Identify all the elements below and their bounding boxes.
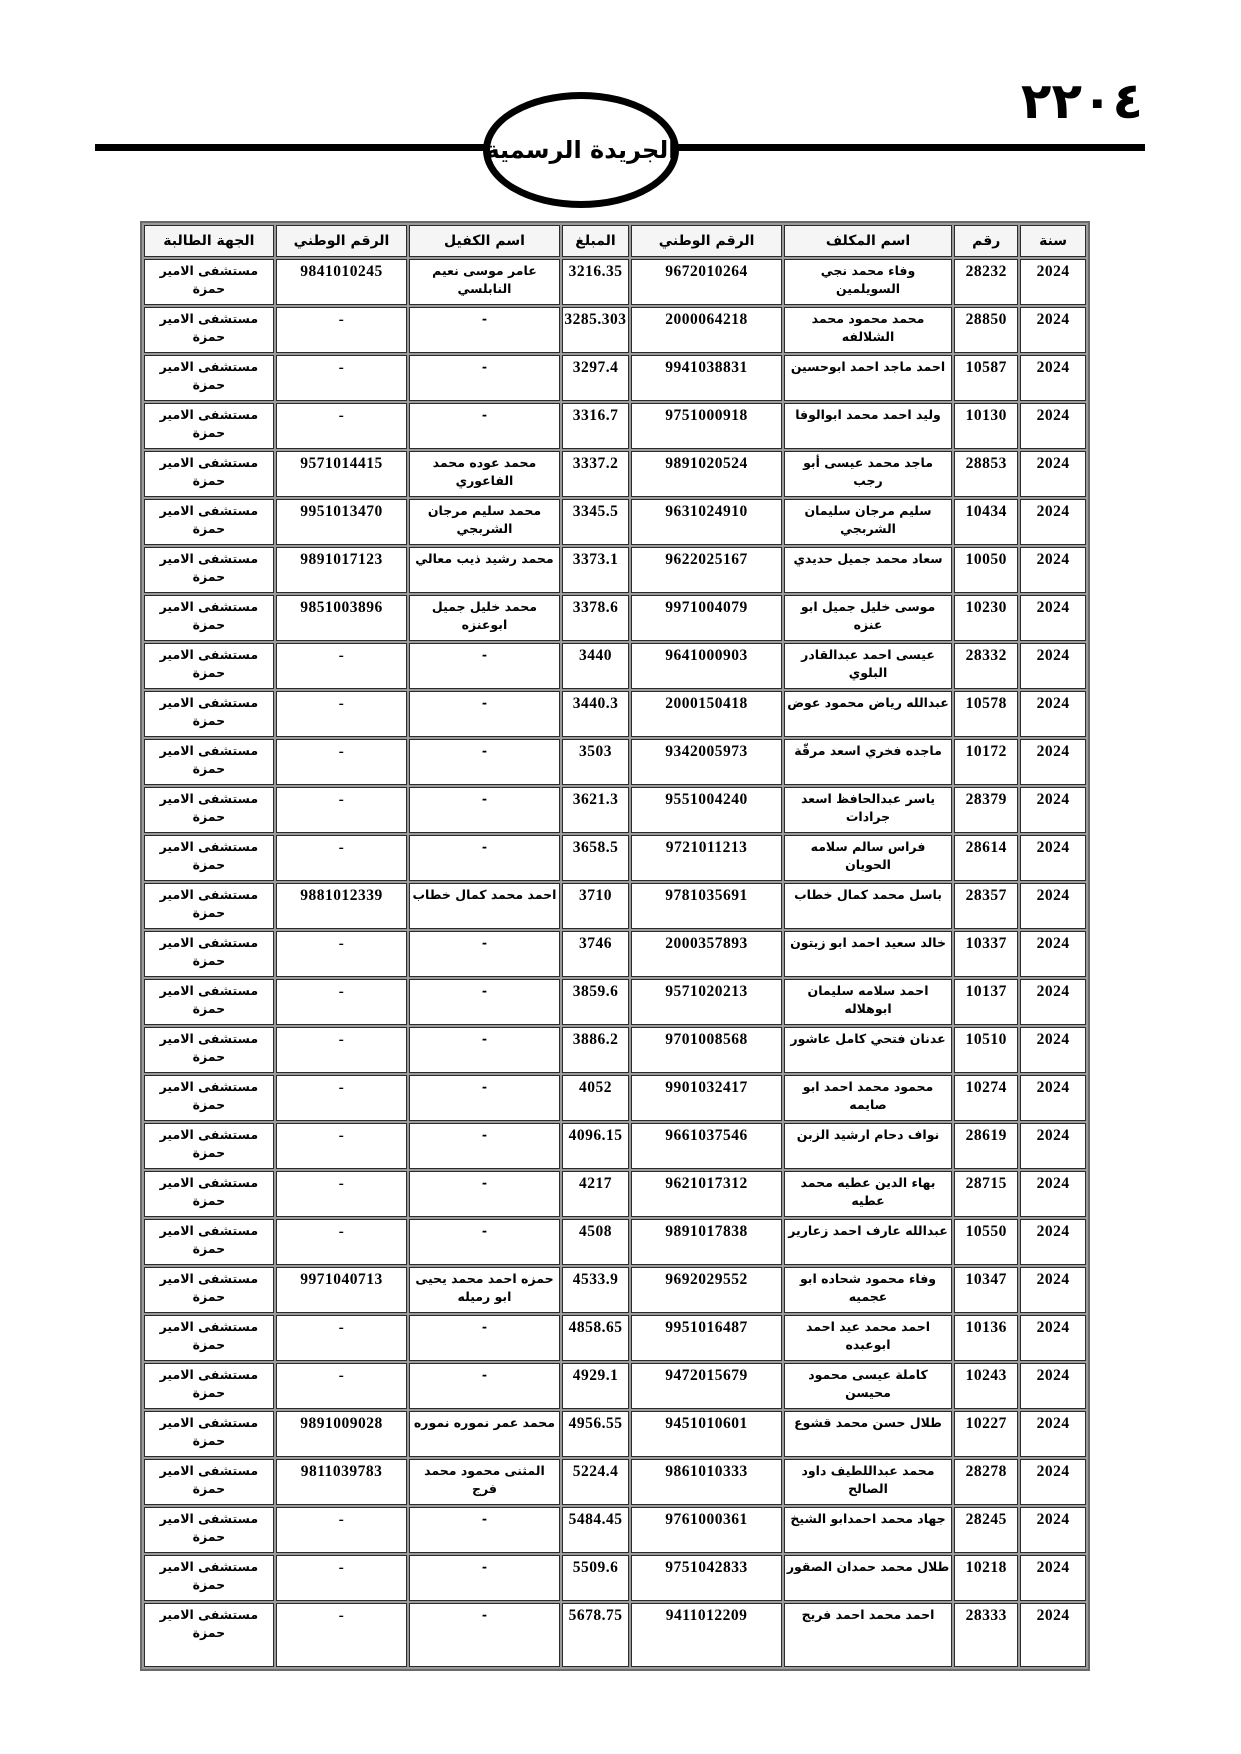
year-cell: 2024 — [1020, 1123, 1086, 1169]
header-national-id: الرقم الوطني — [631, 225, 781, 257]
table-row: 2024 10337 خالد سعيد احمد ابو زيتون 2000… — [144, 931, 1086, 977]
taxpayer-name-cell: كاملة عيسى محمود محيسن — [784, 1363, 953, 1409]
table-row: 2024 10274 محمود محمد احمد ابو صايمه 990… — [144, 1075, 1086, 1121]
amount-cell: 4217 — [562, 1171, 630, 1217]
guarantor-national-id-cell: 9951013470 — [276, 499, 408, 545]
requesting-entity-cell: مستشفى الامير حمزة — [144, 595, 274, 641]
guarantor-name-cell: - — [409, 1507, 559, 1553]
year-cell: 2024 — [1020, 787, 1086, 833]
table-row: 2024 10230 موسى خليل جميل ابو عنزه 99710… — [144, 595, 1086, 641]
guarantor-national-id-cell: 9891009028 — [276, 1411, 408, 1457]
amount-cell: 4533.9 — [562, 1267, 630, 1313]
guarantor-national-id-cell: 9971040713 — [276, 1267, 408, 1313]
table-row: 2024 28333 احمد محمد احمد فريج 941101220… — [144, 1603, 1086, 1667]
gazette-page: ٢٢٠٤ الجريدة الرسمية سنة رقم اسم المكلف — [0, 0, 1241, 1754]
guarantor-national-id-cell: - — [276, 931, 408, 977]
requesting-entity-cell: مستشفى الامير حمزة — [144, 1363, 274, 1409]
year-cell: 2024 — [1020, 595, 1086, 641]
gazette-title: الجريدة الرسمية — [485, 136, 676, 164]
guarantor-name-cell: - — [409, 307, 559, 353]
amount-cell: 3216.35 — [562, 259, 630, 305]
guarantor-name-cell: - — [409, 403, 559, 449]
requesting-entity-cell: مستشفى الامير حمزة — [144, 355, 274, 401]
guarantor-national-id-cell: - — [276, 643, 408, 689]
record-number-cell: 10337 — [954, 931, 1018, 977]
year-cell: 2024 — [1020, 691, 1086, 737]
table-row: 2024 10434 سليم مرجان سليمان الشربجي 963… — [144, 499, 1086, 545]
records-table-wrap: سنة رقم اسم المكلف الرقم الوطني المبلغ ا… — [140, 221, 1090, 1671]
taxpayer-national-id-cell: 9971004079 — [631, 595, 781, 641]
year-cell: 2024 — [1020, 739, 1086, 785]
year-cell: 2024 — [1020, 1027, 1086, 1073]
year-cell: 2024 — [1020, 1507, 1086, 1553]
taxpayer-national-id-cell: 9472015679 — [631, 1363, 781, 1409]
taxpayer-national-id-cell: 9901032417 — [631, 1075, 781, 1121]
table-row: 2024 10050 سعاد محمد جميل حديدي 96220251… — [144, 547, 1086, 593]
record-number-cell: 10550 — [954, 1219, 1018, 1265]
year-cell: 2024 — [1020, 1315, 1086, 1361]
taxpayer-name-cell: جهاد محمد احمدابو الشيخ — [784, 1507, 953, 1553]
table-row: 2024 28850 محمد محمود محمد الشلالفه 2000… — [144, 307, 1086, 353]
record-number-cell: 28332 — [954, 643, 1018, 689]
record-number-cell: 10587 — [954, 355, 1018, 401]
guarantor-name-cell: - — [409, 1123, 559, 1169]
amount-cell: 3503 — [562, 739, 630, 785]
requesting-entity-cell: مستشفى الامير حمزة — [144, 547, 274, 593]
amount-cell: 4508 — [562, 1219, 630, 1265]
guarantor-national-id-cell: - — [276, 1315, 408, 1361]
record-number-cell: 28853 — [954, 451, 1018, 497]
taxpayer-national-id-cell: 9451010601 — [631, 1411, 781, 1457]
taxpayer-name-cell: وفاء محمد نجي السويلمين — [784, 259, 953, 305]
guarantor-name-cell: - — [409, 1027, 559, 1073]
year-cell: 2024 — [1020, 1411, 1086, 1457]
guarantor-name-cell: محمد عوده محمد الفاعوري — [409, 451, 559, 497]
requesting-entity-cell: مستشفى الامير حمزة — [144, 1171, 274, 1217]
header-guarantor-name: اسم الكفيل — [409, 225, 559, 257]
taxpayer-name-cell: محمد محمود محمد الشلالفه — [784, 307, 953, 353]
header-guarantor-national-id: الرقم الوطني — [276, 225, 408, 257]
guarantor-name-cell: عامر موسى نعيم النابلسي — [409, 259, 559, 305]
table-row: 2024 28715 بهاء الدين عطيه محمد عطيه 962… — [144, 1171, 1086, 1217]
taxpayer-national-id-cell: 9761000361 — [631, 1507, 781, 1553]
guarantor-name-cell: - — [409, 787, 559, 833]
table-row: 2024 28245 جهاد محمد احمدابو الشيخ 97610… — [144, 1507, 1086, 1553]
taxpayer-national-id-cell: 9951016487 — [631, 1315, 781, 1361]
table-body: 2024 28232 وفاء محمد نجي السويلمين 96720… — [144, 259, 1086, 1667]
guarantor-national-id-cell: 9881012339 — [276, 883, 408, 929]
record-number-cell: 10274 — [954, 1075, 1018, 1121]
taxpayer-name-cell: باسل محمد كمال خطاب — [784, 883, 953, 929]
taxpayer-national-id-cell: 2000357893 — [631, 931, 781, 977]
record-number-cell: 10130 — [954, 403, 1018, 449]
taxpayer-national-id-cell: 9551004240 — [631, 787, 781, 833]
requesting-entity-cell: مستشفى الامير حمزة — [144, 835, 274, 881]
taxpayer-name-cell: عيسى احمد عبدالقادر البلوي — [784, 643, 953, 689]
table-row: 2024 10137 احمد سلامه سليمان ابوهلاله 95… — [144, 979, 1086, 1025]
guarantor-national-id-cell: 9571014415 — [276, 451, 408, 497]
amount-cell: 5678.75 — [562, 1603, 630, 1667]
guarantor-name-cell: - — [409, 1219, 559, 1265]
taxpayer-name-cell: طلال محمد حمدان الصقور — [784, 1555, 953, 1601]
table-row: 2024 10218 طلال محمد حمدان الصقور 975104… — [144, 1555, 1086, 1601]
guarantor-name-cell: - — [409, 1363, 559, 1409]
amount-cell: 3373.1 — [562, 547, 630, 593]
taxpayer-national-id-cell: 9641000903 — [631, 643, 781, 689]
taxpayer-national-id-cell: 2000064218 — [631, 307, 781, 353]
gazette-seal-oval: الجريدة الرسمية — [483, 92, 679, 208]
header-requesting-entity: الجهة الطالبة — [144, 225, 274, 257]
year-cell: 2024 — [1020, 643, 1086, 689]
header-taxpayer-name: اسم المكلف — [784, 225, 953, 257]
record-number-cell: 28379 — [954, 787, 1018, 833]
guarantor-national-id-cell: - — [276, 691, 408, 737]
requesting-entity-cell: مستشفى الامير حمزة — [144, 979, 274, 1025]
guarantor-national-id-cell: 9891017123 — [276, 547, 408, 593]
amount-cell: 5224.4 — [562, 1459, 630, 1505]
table-row: 2024 10243 كاملة عيسى محمود محيسن 947201… — [144, 1363, 1086, 1409]
taxpayer-national-id-cell: 9411012209 — [631, 1603, 781, 1667]
table-row: 2024 10578 عبدالله رياض محمود عوض 200015… — [144, 691, 1086, 737]
requesting-entity-cell: مستشفى الامير حمزة — [144, 1459, 274, 1505]
year-cell: 2024 — [1020, 1267, 1086, 1313]
header-year: سنة — [1020, 225, 1086, 257]
guarantor-national-id-cell: 9811039783 — [276, 1459, 408, 1505]
guarantor-national-id-cell: - — [276, 979, 408, 1025]
taxpayer-national-id-cell: 9891020524 — [631, 451, 781, 497]
table-row: 2024 28232 وفاء محمد نجي السويلمين 96720… — [144, 259, 1086, 305]
year-cell: 2024 — [1020, 403, 1086, 449]
guarantor-name-cell: - — [409, 1603, 559, 1667]
year-cell: 2024 — [1020, 883, 1086, 929]
guarantor-national-id-cell: - — [276, 307, 408, 353]
page-number: ٢٢٠٤ — [1021, 72, 1143, 130]
requesting-entity-cell: مستشفى الامير حمزة — [144, 259, 274, 305]
amount-cell: 3746 — [562, 931, 630, 977]
record-number-cell: 28278 — [954, 1459, 1018, 1505]
requesting-entity-cell: مستشفى الامير حمزة — [144, 1219, 274, 1265]
year-cell: 2024 — [1020, 1363, 1086, 1409]
amount-cell: 4929.1 — [562, 1363, 630, 1409]
table-row: 2024 28332 عيسى احمد عبدالقادر البلوي 96… — [144, 643, 1086, 689]
table-header-row: سنة رقم اسم المكلف الرقم الوطني المبلغ ا… — [144, 225, 1086, 257]
amount-cell: 3316.7 — [562, 403, 630, 449]
requesting-entity-cell: مستشفى الامير حمزة — [144, 691, 274, 737]
amount-cell: 3345.5 — [562, 499, 630, 545]
taxpayer-name-cell: ياسر عبدالحافظ اسعد جرادات — [784, 787, 953, 833]
table-row: 2024 10510 عدنان فتحي كامل عاشور 9701008… — [144, 1027, 1086, 1073]
guarantor-name-cell: - — [409, 355, 559, 401]
amount-cell: 3337.2 — [562, 451, 630, 497]
record-number-cell: 10434 — [954, 499, 1018, 545]
taxpayer-national-id-cell: 9622025167 — [631, 547, 781, 593]
guarantor-name-cell: - — [409, 979, 559, 1025]
taxpayer-national-id-cell: 9571020213 — [631, 979, 781, 1025]
record-number-cell: 28245 — [954, 1507, 1018, 1553]
guarantor-name-cell: محمد عمر نموره نموره — [409, 1411, 559, 1457]
guarantor-national-id-cell: - — [276, 739, 408, 785]
taxpayer-name-cell: فراس سالم سلامه الحويان — [784, 835, 953, 881]
record-number-cell: 10050 — [954, 547, 1018, 593]
amount-cell: 4858.65 — [562, 1315, 630, 1361]
taxpayer-name-cell: احمد محمد عيد احمد ابوعبده — [784, 1315, 953, 1361]
record-number-cell: 10243 — [954, 1363, 1018, 1409]
record-number-cell: 28850 — [954, 307, 1018, 353]
taxpayer-national-id-cell: 9672010264 — [631, 259, 781, 305]
year-cell: 2024 — [1020, 931, 1086, 977]
taxpayer-name-cell: نواف دحام ارشيد الزبن — [784, 1123, 953, 1169]
year-cell: 2024 — [1020, 259, 1086, 305]
table-row: 2024 28278 محمد عبداللطيف داود الصالح 98… — [144, 1459, 1086, 1505]
taxpayer-name-cell: عدنان فتحي كامل عاشور — [784, 1027, 953, 1073]
amount-cell: 3440 — [562, 643, 630, 689]
taxpayer-national-id-cell: 9941038831 — [631, 355, 781, 401]
year-cell: 2024 — [1020, 307, 1086, 353]
guarantor-national-id-cell: - — [276, 1171, 408, 1217]
taxpayer-national-id-cell: 9621017312 — [631, 1171, 781, 1217]
taxpayer-national-id-cell: 9861010333 — [631, 1459, 781, 1505]
year-cell: 2024 — [1020, 355, 1086, 401]
requesting-entity-cell: مستشفى الامير حمزة — [144, 1027, 274, 1073]
guarantor-name-cell: محمد سليم مرجان الشربجي — [409, 499, 559, 545]
year-cell: 2024 — [1020, 499, 1086, 545]
taxpayer-name-cell: احمد سلامه سليمان ابوهلاله — [784, 979, 953, 1025]
table-row: 2024 28379 ياسر عبدالحافظ اسعد جرادات 95… — [144, 787, 1086, 833]
taxpayer-name-cell: محمد عبداللطيف داود الصالح — [784, 1459, 953, 1505]
table-row: 2024 10172 ماجده فخري اسعد مرقّة 9342005… — [144, 739, 1086, 785]
amount-cell: 3378.6 — [562, 595, 630, 641]
table-row: 2024 28357 باسل محمد كمال خطاب 978103569… — [144, 883, 1086, 929]
taxpayer-national-id-cell: 9721011213 — [631, 835, 781, 881]
guarantor-name-cell: المثنى محمود محمد فرج — [409, 1459, 559, 1505]
taxpayer-name-cell: بهاء الدين عطيه محمد عطيه — [784, 1171, 953, 1217]
requesting-entity-cell: مستشفى الامير حمزة — [144, 403, 274, 449]
record-number-cell: 10347 — [954, 1267, 1018, 1313]
requesting-entity-cell: مستشفى الامير حمزة — [144, 787, 274, 833]
amount-cell: 5484.45 — [562, 1507, 630, 1553]
requesting-entity-cell: مستشفى الامير حمزة — [144, 1315, 274, 1361]
amount-cell: 3658.5 — [562, 835, 630, 881]
guarantor-name-cell: - — [409, 1315, 559, 1361]
guarantor-national-id-cell: 9851003896 — [276, 595, 408, 641]
record-number-cell: 10578 — [954, 691, 1018, 737]
taxpayer-national-id-cell: 9661037546 — [631, 1123, 781, 1169]
amount-cell: 4096.15 — [562, 1123, 630, 1169]
record-number-cell: 28715 — [954, 1171, 1018, 1217]
requesting-entity-cell: مستشفى الامير حمزة — [144, 739, 274, 785]
record-number-cell: 10136 — [954, 1315, 1018, 1361]
requesting-entity-cell: مستشفى الامير حمزة — [144, 1267, 274, 1313]
guarantor-national-id-cell: - — [276, 1123, 408, 1169]
amount-cell: 3710 — [562, 883, 630, 929]
amount-cell: 3886.2 — [562, 1027, 630, 1073]
table-row: 2024 10550 عبدالله عارف احمد زعارير 9891… — [144, 1219, 1086, 1265]
guarantor-national-id-cell: - — [276, 403, 408, 449]
guarantor-name-cell: - — [409, 931, 559, 977]
amount-cell: 5509.6 — [562, 1555, 630, 1601]
year-cell: 2024 — [1020, 451, 1086, 497]
record-number-cell: 10227 — [954, 1411, 1018, 1457]
header-record-number: رقم — [954, 225, 1018, 257]
taxpayer-name-cell: ماجد محمد عيسى أبو رجب — [784, 451, 953, 497]
requesting-entity-cell: مستشفى الامير حمزة — [144, 499, 274, 545]
guarantor-name-cell: محمد خليل جميل ابوعنزه — [409, 595, 559, 641]
amount-cell: 3297.4 — [562, 355, 630, 401]
record-number-cell: 10510 — [954, 1027, 1018, 1073]
taxpayer-name-cell: وليد احمد محمد ابوالوفا — [784, 403, 953, 449]
taxpayer-national-id-cell: 9342005973 — [631, 739, 781, 785]
guarantor-name-cell: - — [409, 643, 559, 689]
guarantor-name-cell: - — [409, 1555, 559, 1601]
guarantor-national-id-cell: - — [276, 1603, 408, 1667]
guarantor-national-id-cell: - — [276, 355, 408, 401]
taxpayer-national-id-cell: 9701008568 — [631, 1027, 781, 1073]
guarantor-national-id-cell: - — [276, 787, 408, 833]
guarantor-national-id-cell: 9841010245 — [276, 259, 408, 305]
guarantor-national-id-cell: - — [276, 1075, 408, 1121]
requesting-entity-cell: مستشفى الامير حمزة — [144, 1603, 274, 1667]
table-row: 2024 10587 احمد ماجد احمد ابوحسين 994103… — [144, 355, 1086, 401]
taxpayer-name-cell: ماجده فخري اسعد مرقّة — [784, 739, 953, 785]
taxpayer-national-id-cell: 9891017838 — [631, 1219, 781, 1265]
guarantor-national-id-cell: - — [276, 1555, 408, 1601]
taxpayer-name-cell: احمد محمد احمد فريج — [784, 1603, 953, 1667]
amount-cell: 4956.55 — [562, 1411, 630, 1457]
table-row: 2024 10347 وفاء محمود شحاده ابو عجميه 96… — [144, 1267, 1086, 1313]
requesting-entity-cell: مستشفى الامير حمزة — [144, 1555, 274, 1601]
header-amount: المبلغ — [562, 225, 630, 257]
record-number-cell: 28357 — [954, 883, 1018, 929]
amount-cell: 3859.6 — [562, 979, 630, 1025]
taxpayer-name-cell: احمد ماجد احمد ابوحسين — [784, 355, 953, 401]
record-number-cell: 10230 — [954, 595, 1018, 641]
guarantor-name-cell: حمزه احمد محمد يحيى ابو رميله — [409, 1267, 559, 1313]
guarantor-national-id-cell: - — [276, 1219, 408, 1265]
year-cell: 2024 — [1020, 1219, 1086, 1265]
guarantor-national-id-cell: - — [276, 835, 408, 881]
guarantor-name-cell: - — [409, 1075, 559, 1121]
record-number-cell: 10218 — [954, 1555, 1018, 1601]
taxpayer-name-cell: عبدالله عارف احمد زعارير — [784, 1219, 953, 1265]
guarantor-name-cell: - — [409, 739, 559, 785]
requesting-entity-cell: مستشفى الامير حمزة — [144, 1411, 274, 1457]
amount-cell: 3621.3 — [562, 787, 630, 833]
record-number-cell: 10137 — [954, 979, 1018, 1025]
year-cell: 2024 — [1020, 835, 1086, 881]
record-number-cell: 28232 — [954, 259, 1018, 305]
table-row: 2024 10227 طلال حسن محمد قشوع 9451010601… — [144, 1411, 1086, 1457]
requesting-entity-cell: مستشفى الامير حمزة — [144, 1507, 274, 1553]
guarantor-name-cell: محمد رشيد ذيب معالي — [409, 547, 559, 593]
year-cell: 2024 — [1020, 979, 1086, 1025]
table-row: 2024 28853 ماجد محمد عيسى أبو رجب 989102… — [144, 451, 1086, 497]
amount-cell: 3285.303 — [562, 307, 630, 353]
guarantor-name-cell: احمد محمد كمال خطاب — [409, 883, 559, 929]
requesting-entity-cell: مستشفى الامير حمزة — [144, 643, 274, 689]
guarantor-name-cell: - — [409, 1171, 559, 1217]
requesting-entity-cell: مستشفى الامير حمزة — [144, 307, 274, 353]
taxpayer-name-cell: موسى خليل جميل ابو عنزه — [784, 595, 953, 641]
guarantor-national-id-cell: - — [276, 1027, 408, 1073]
taxpayer-name-cell: طلال حسن محمد قشوع — [784, 1411, 953, 1457]
record-number-cell: 28619 — [954, 1123, 1018, 1169]
amount-cell: 4052 — [562, 1075, 630, 1121]
table-row: 2024 28614 فراس سالم سلامه الحويان 97210… — [144, 835, 1086, 881]
taxpayer-national-id-cell: 9751000918 — [631, 403, 781, 449]
guarantor-name-cell: - — [409, 835, 559, 881]
year-cell: 2024 — [1020, 1459, 1086, 1505]
requesting-entity-cell: مستشفى الامير حمزة — [144, 451, 274, 497]
requesting-entity-cell: مستشفى الامير حمزة — [144, 1075, 274, 1121]
table-row: 2024 10130 وليد احمد محمد ابوالوفا 97510… — [144, 403, 1086, 449]
taxpayer-name-cell: محمود محمد احمد ابو صايمه — [784, 1075, 953, 1121]
guarantor-national-id-cell: - — [276, 1363, 408, 1409]
requesting-entity-cell: مستشفى الامير حمزة — [144, 931, 274, 977]
guarantor-national-id-cell: - — [276, 1507, 408, 1553]
year-cell: 2024 — [1020, 1603, 1086, 1667]
table-row: 2024 28619 نواف دحام ارشيد الزبن 9661037… — [144, 1123, 1086, 1169]
amount-cell: 3440.3 — [562, 691, 630, 737]
record-number-cell: 28614 — [954, 835, 1018, 881]
taxpayer-name-cell: سليم مرجان سليمان الشربجي — [784, 499, 953, 545]
taxpayer-national-id-cell: 9751042833 — [631, 1555, 781, 1601]
record-number-cell: 28333 — [954, 1603, 1018, 1667]
year-cell: 2024 — [1020, 1555, 1086, 1601]
requesting-entity-cell: مستشفى الامير حمزة — [144, 883, 274, 929]
requesting-entity-cell: مستشفى الامير حمزة — [144, 1123, 274, 1169]
taxpayer-national-id-cell: 9781035691 — [631, 883, 781, 929]
taxpayer-national-id-cell: 9631024910 — [631, 499, 781, 545]
table-row: 2024 10136 احمد محمد عيد احمد ابوعبده 99… — [144, 1315, 1086, 1361]
taxpayer-national-id-cell: 9692029552 — [631, 1267, 781, 1313]
taxpayer-name-cell: سعاد محمد جميل حديدي — [784, 547, 953, 593]
records-table: سنة رقم اسم المكلف الرقم الوطني المبلغ ا… — [140, 221, 1090, 1671]
taxpayer-name-cell: خالد سعيد احمد ابو زيتون — [784, 931, 953, 977]
taxpayer-name-cell: عبدالله رياض محمود عوض — [784, 691, 953, 737]
year-cell: 2024 — [1020, 1075, 1086, 1121]
guarantor-name-cell: - — [409, 691, 559, 737]
year-cell: 2024 — [1020, 1171, 1086, 1217]
taxpayer-name-cell: وفاء محمود شحاده ابو عجميه — [784, 1267, 953, 1313]
year-cell: 2024 — [1020, 547, 1086, 593]
taxpayer-national-id-cell: 2000150418 — [631, 691, 781, 737]
record-number-cell: 10172 — [954, 739, 1018, 785]
